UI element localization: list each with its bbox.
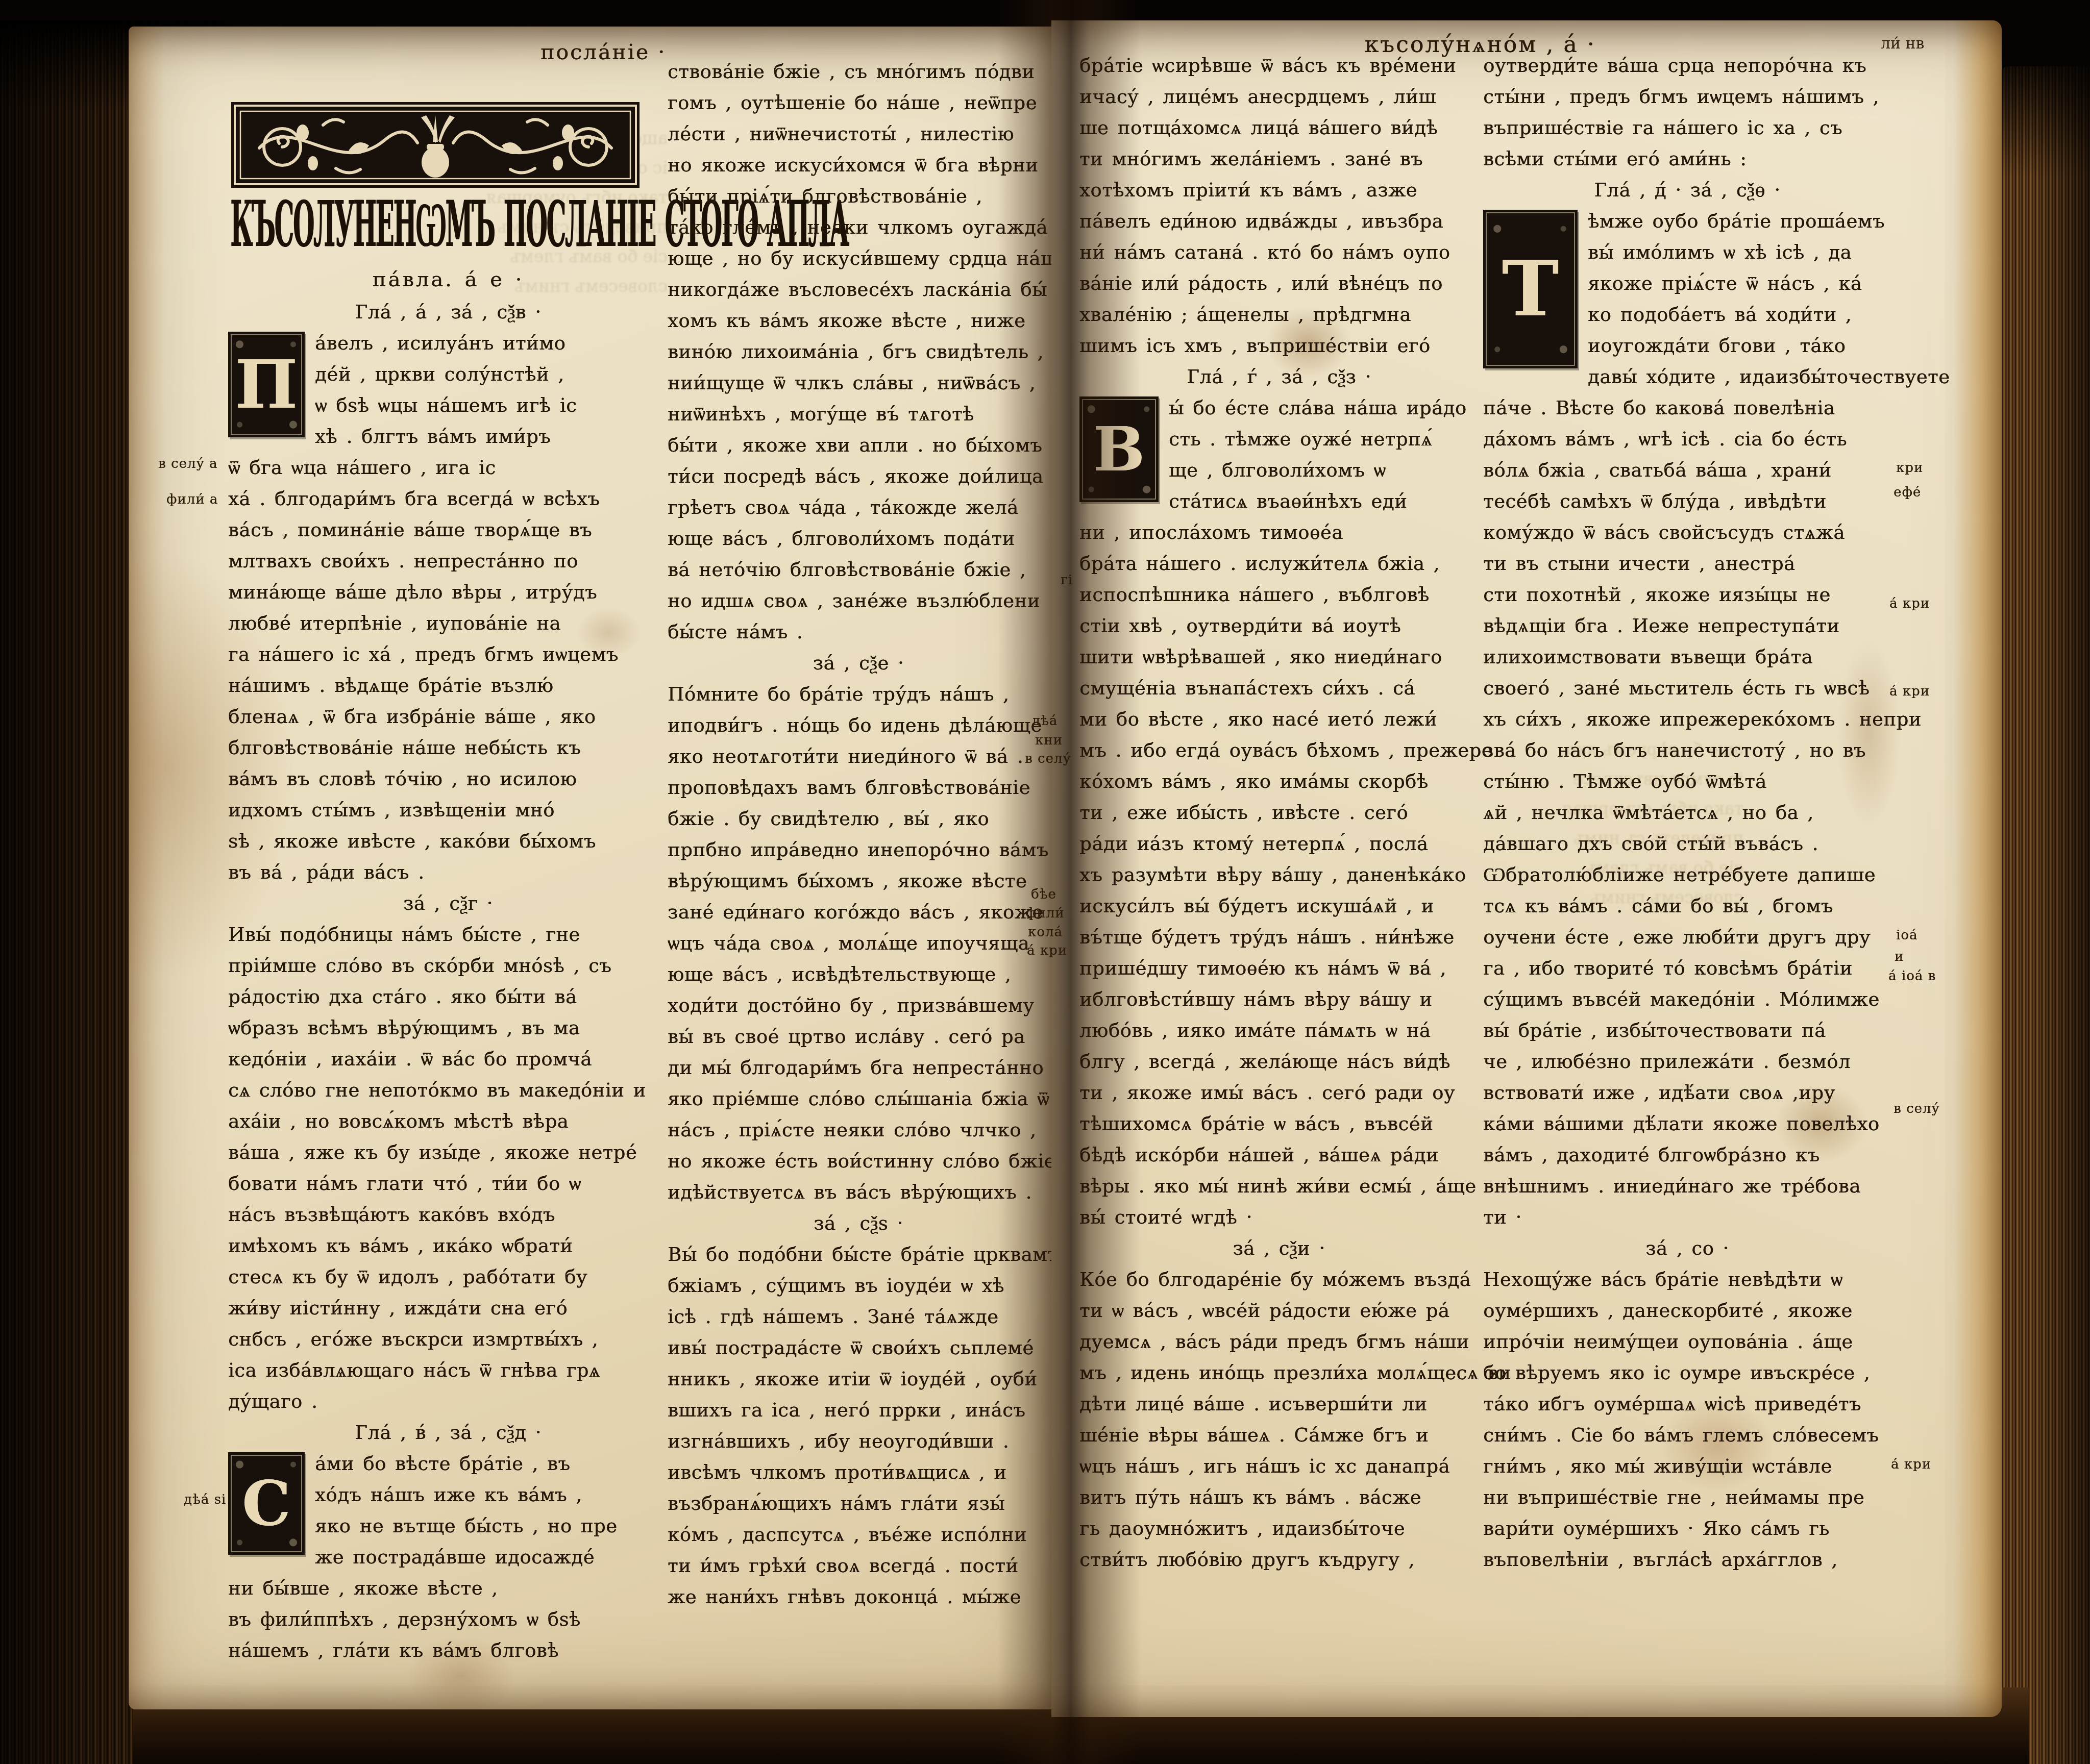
- text-line: ѿ бга ѡца на́шего , ига іс: [228, 452, 668, 483]
- text-line: стіи хвѣ , оутверди́ти ва́ иоутѣ: [1079, 610, 1479, 641]
- text-line: грѣетъ своѧ ча́да , та́кожде жела́: [668, 492, 1049, 523]
- open-book-photo: посла́ніе · аще бо вѣруемъ якоіс оумре и…: [0, 0, 2090, 1764]
- gutter-note: а́ кри: [1027, 943, 1067, 958]
- text-line: оуме́ршихъ , данескорбите́ , якоже: [1483, 1295, 1891, 1326]
- text-line: тсѧ къ ва́мъ . са́ми бо вы́ , бгомъ: [1483, 890, 1891, 922]
- text-line: мина́юще ва́ше дѣло вѣры , итру́дъ: [228, 577, 668, 608]
- text-line: витъ пу́ть на́шъ къ ва́мъ . ва́сже: [1079, 1482, 1479, 1513]
- text-line: аха́іи , но вовсѧ́комъ мѣстѣ вѣра: [228, 1106, 668, 1137]
- text-line: иподви́гъ . но́щь бо идень дѣла́юще ,: [668, 710, 1049, 741]
- text-line: въприше́ствіе га на́шего іс ха , съ: [1483, 112, 1891, 143]
- text-line: стесѧ къ бу ѿ идолъ , рабо́тати бу: [228, 1261, 668, 1293]
- section-heading: Гла́ , д́ · за́ , сѯѳ ·: [1483, 175, 1891, 206]
- text-line: бы́ти пріѧ́ти блговѣствова́ніе ,: [668, 181, 1049, 212]
- text-line: во́лѧ бжіа , сватьба́ ва́ша , храни́: [1483, 455, 1891, 486]
- text-line: хвале́нію ; а́щенелы , прѣдгмна: [1079, 299, 1479, 330]
- text-line: ипро́чіи неиму́щеи оупова́ніа . а́ще: [1483, 1326, 1891, 1357]
- text-line: ти въ стыни ичести , анестра́: [1483, 548, 1891, 579]
- text-line: хъ разумѣти вѣру ва́шу , даненѣка́ко: [1079, 859, 1479, 890]
- text-line: ва́ніе или́ ра́дость , или́ вѣне́цъ по: [1079, 268, 1479, 299]
- text-line: ва́съ , помина́ніе ва́ше творѧ́ще въ: [228, 514, 668, 545]
- text-line: стви́тъ любо́вію другъ къдругу ,: [1079, 1544, 1479, 1575]
- text-line: та́ко ибгъ оуме́ршаѧ ѡісѣ приведе́тъ: [1483, 1388, 1891, 1420]
- text-line: сты́ни , предъ бгмъ иѡцемъ на́шимъ ,: [1483, 81, 1891, 112]
- text-line: пріи́мше сло́во въ ско́рби мно́ѕѣ , съ: [228, 950, 668, 981]
- text-line: зане́ еди́наго кого́ждо ва́съ , якоже: [668, 897, 1049, 928]
- section-heading: за́ , сѯѕ ·: [668, 1208, 1049, 1239]
- drop-cap-initial: С: [228, 1452, 305, 1555]
- right-fore-edge: [1996, 66, 2090, 1764]
- headpiece-ornament: [231, 102, 640, 188]
- margin-note: а́ іоа́ в: [1888, 968, 1936, 984]
- text-line: ле́сти , ниѿнечистоты́ , нилестію: [668, 118, 1049, 150]
- text-line: любве́ итерпѣніе , иупова́ніе на: [228, 608, 668, 639]
- text-line: въповелѣніи , въгла́сѣ арха́гглов ,: [1483, 1544, 1891, 1575]
- text-line: ду́щаго .: [228, 1386, 668, 1417]
- right-column-c: бра́тіе ѡсирѣвше ѿ ва́съ къ вре́мениичас…: [1079, 50, 1479, 1575]
- text-line: ва́мъ въ словѣ то́чію , но исилою: [228, 763, 668, 794]
- text-line: кедо́ніи , иаха́іи . ѿ ва́с бо промча́: [228, 1044, 668, 1075]
- text-line: ісѣ . гдѣ на́шемъ . Зане́ та́ѧжде: [668, 1301, 1049, 1332]
- text-line: любо́вь , ияко има́те па́мѧть ѡ на́: [1079, 1015, 1479, 1046]
- text-line: мъ . ибо егда́ оува́съ бѣхомъ , прежере: [1079, 735, 1479, 766]
- text-line: юще ва́съ , блговоли́хомъ пода́ти: [668, 523, 1049, 554]
- section-heading: за́ , сѯг ·: [228, 888, 668, 919]
- margin-note: кри: [1896, 460, 1923, 476]
- text-line: на́шимъ . вѣдѧще бра́тіе възлю́: [228, 670, 668, 701]
- text-line: зва́ бо на́съ бгъ нанечистоту́ , но въ: [1483, 735, 1891, 766]
- text-line: никогда́же въсловесе́хъ ласка́ніа бы́: [668, 274, 1049, 305]
- text-line: въ фили́ппѣхъ , дерзну́хомъ ѡ бѕѣ: [228, 1604, 668, 1635]
- text-line: гни́мъ , яко мы́ живу́щіи ѡста́вле: [1483, 1451, 1891, 1482]
- text-line: внѣшнимъ . иниеди́наго же тре́бова: [1483, 1171, 1891, 1202]
- text-line: снбсъ , его́же въскрси измртвы́хъ ,: [228, 1324, 668, 1355]
- text-line: Ѡбратолю́бліиже нетре́буете дапише: [1483, 859, 1891, 890]
- text-line: ѡцъ ча́да своѧ , молѧ́ще ипоучяща: [668, 928, 1049, 959]
- text-line: ко́хомъ ва́мъ , яко има́мы скорбѣ: [1079, 766, 1479, 797]
- text-line: ко́мъ , даспсутсѧ , въе́же испо́лни: [668, 1519, 1049, 1550]
- text-line: ти ·: [1483, 1202, 1891, 1233]
- text-line: ти ѡ ва́съ , ѡвсе́й ра́дости ею́же ра́: [1079, 1295, 1479, 1326]
- text-line: ичасу́ , лице́мъ анесрдцемъ , ли́ш: [1079, 81, 1479, 112]
- text-line: оутверди́те ва́ша срца непоро́чна къ: [1483, 50, 1891, 81]
- text-line: ди мы́ блгодари́мъ бга непреста́нно ,: [668, 1052, 1049, 1083]
- text-line: вари́ти оуме́ршихъ · Яко са́мъ гь: [1483, 1513, 1891, 1544]
- right-column-d: оутверди́те ва́ша срца непоро́чна късты́…: [1483, 50, 1891, 1575]
- text-line: бра́тіе ѡсирѣвше ѿ ва́съ къ вре́мени: [1079, 50, 1479, 81]
- text-line: смуще́ніа вънапа́стехъ си́хъ . са́: [1079, 673, 1479, 704]
- text-line: своего́ , зане́ мьститель е́сть гь ѡвсѣ: [1483, 673, 1891, 704]
- text-line: идѣйствуетсѧ въ ва́съ вѣру́ющихъ .: [668, 1177, 1049, 1208]
- text-line: оучени е́сте , еже люби́ти другъ дру: [1483, 922, 1891, 953]
- text-line: въ ва́ , ра́ди ва́съ .: [228, 857, 668, 888]
- text-line: идхомъ сты́мъ , извѣщеніи мно́: [228, 794, 668, 826]
- gutter-note: фили́: [1026, 906, 1065, 921]
- text-line: ивы́ пострада́сте ѿ свои́хъ сьплеме́: [668, 1332, 1049, 1363]
- text-line: ра́ди иа́зъ ктому́ нетерпѧ́ , посла́: [1079, 828, 1479, 859]
- text-line: гь даоумно́житъ , идаизбы́точе: [1079, 1513, 1479, 1544]
- text-line: та́ко гле́мъ , неяки члкомъ оугажда́: [668, 212, 1049, 243]
- margin-note: фили́ а: [166, 492, 218, 507]
- text-line: бжіамъ , су́щимъ въ іоуде́и ѡ хѣ: [668, 1270, 1049, 1301]
- text-line: ѧй , нечлка ѿмѣта́етсѧ , но ба ,: [1483, 797, 1891, 828]
- margin-note: в селу́ а: [158, 456, 217, 471]
- text-line: на́съ , пріѧ́сте неяки сло́во члчко ,: [668, 1114, 1049, 1146]
- text-line: искуси́лъ вы́ бу́детъ искуша́ѧй , и: [1079, 890, 1479, 922]
- text-line: сни́мъ . Сіе бо ва́мъ глемъ сло́весемъ: [1483, 1420, 1891, 1451]
- section-heading: Гла́ , в́ , за́ , сѯд ·: [228, 1417, 668, 1448]
- margin-note: и: [1895, 949, 1904, 964]
- woodcut-headpiece-icon: [231, 102, 640, 188]
- left-page: посла́ніе · аще бо вѣруемъ якоіс оумре и…: [129, 27, 1051, 1709]
- text-line: изгна́вшихъ , ибу неоугоди́вши .: [668, 1426, 1049, 1457]
- right-page: късолу́нѧно́м , а́ · ли́ нв аще бо вѣруе…: [1051, 20, 2002, 1717]
- text-line: га , ибо творите́ то́ ковсѣмъ бра́тіи: [1483, 953, 1891, 984]
- text-line: ходи́ти досто́йно бу , призва́вшему: [668, 990, 1049, 1021]
- text-line: Ко́е бо блгодаре́ніе бу мо́жемъ възда́: [1079, 1264, 1479, 1295]
- gutter-note: гі: [1061, 573, 1073, 588]
- text-line: ѕѣ , якоже ивѣсте , како́ви бы́хомъ: [228, 826, 668, 857]
- text-line: ни въприше́ствіе гне , неи́мамы пре: [1483, 1482, 1891, 1513]
- text-line: бѣдѣ иско́рби на́шей , ва́шеѧ ра́ди: [1079, 1139, 1479, 1171]
- text-line: ми бо вѣсте , яко насе́ ието́ лежи́: [1079, 704, 1479, 735]
- text-line: ти и́мъ грѣхи́ своѧ всегда́ . пости́: [668, 1550, 1049, 1581]
- text-line: га на́шего іс ха́ , предъ бгмъ иѡцемъ: [228, 639, 668, 670]
- text-line: ти мно́гимъ жела́ніемъ . зане́ въ: [1079, 143, 1479, 175]
- drop-cap-initial: П: [228, 332, 305, 437]
- text-line: жи́ву иісти́нну , ижда́ти сна его́: [228, 1293, 668, 1324]
- text-line: дуемсѧ , ва́съ ра́ди предъ бгмъ на́ши: [1079, 1326, 1479, 1357]
- text-line: ва́мъ , даходите́ блгоѡбра́зно къ: [1483, 1139, 1891, 1171]
- text-line: же нани́хъ гнѣвъ доконца́ . мы́же: [668, 1581, 1049, 1612]
- text-line: прпбно ипра́ведно инепоро́чно ва́мъ: [668, 834, 1049, 865]
- text-line: іса изба́влѧющаго на́съ ѿ гнѣва грѧ: [228, 1355, 668, 1386]
- text-line: ивсѣмъ члкомъ проти́вѧщисѧ , и: [668, 1457, 1049, 1488]
- text-line: хомъ къ ва́мъ якоже вѣсте , ниже: [668, 305, 1049, 336]
- text-line: шити ѡвѣрѣвашей , яко ниеди́наго: [1079, 641, 1479, 673]
- text-line: бы́сте на́мъ .: [668, 616, 1049, 648]
- text-line: възбранѧ́ющихъ на́мъ гла́ти язы́: [668, 1488, 1049, 1519]
- margin-note: дѣа́ ѕі: [184, 1492, 226, 1507]
- text-line: Вы́ бо подо́бни бы́сте бра́тіе црквамъ: [668, 1239, 1049, 1270]
- text-line: на́съ възвѣща́ютъ како́въ вхо́дъ: [228, 1199, 668, 1230]
- text-line: вы́ стоите́ ѡгдѣ ·: [1079, 1202, 1479, 1233]
- margin-note: ефе́: [1894, 485, 1921, 500]
- text-line: шимъ ісъ хмъ , въприше́ствіи его́: [1079, 330, 1479, 361]
- text-line: ка́ми ва́шими дѣ́лати якоже повелѣхо: [1483, 1108, 1891, 1139]
- text-line: ѡбразъ всѣмъ вѣру́ющимъ , въ ма: [228, 1012, 668, 1044]
- text-line: сты́ню . Тѣмже оубо́ ѿмѣта́: [1483, 766, 1891, 797]
- section-heading: Гла́ , ѓ , за́ , сѯз ·: [1079, 361, 1479, 392]
- text-line: блговѣствова́ніе на́ше небы́сть къ: [228, 732, 668, 763]
- drop-cap-initial: Т: [1483, 210, 1578, 368]
- text-line: бжіе . бу свидѣтелю , вы́ , яко: [668, 803, 1049, 834]
- text-line: че , илюбе́зно прилежа́ти . безмо́л: [1483, 1046, 1891, 1077]
- text-line: Нехощу́же ва́съ бра́тіе невѣдѣти ѡ: [1483, 1264, 1891, 1295]
- section-heading: за́ , сѯи ·: [1079, 1233, 1479, 1264]
- text-line: тѣшихомсѧ бра́тіе ѡ ва́съ , въвсе́й: [1079, 1108, 1479, 1139]
- text-line: ше потща́хомсѧ лица́ ва́шего ви́дѣ: [1079, 112, 1479, 143]
- text-line: ти , якоже имы́ ва́съ . сего́ ради оу: [1079, 1077, 1479, 1108]
- left-column-b: ствова́ніе бжіе , съ мно́гимъ по́двигомъ…: [668, 56, 1049, 1612]
- margin-note: іоа́: [1896, 928, 1917, 943]
- text-line: бленаѧ , ѿ бга избра́ніе ва́ше , яко: [228, 701, 668, 732]
- text-line: хотѣхомъ пріити́ къ ва́мъ , азже: [1079, 175, 1479, 206]
- text-line: ни бы́вше , якоже вѣсте ,: [228, 1573, 668, 1604]
- text-line: дѣти лице́ ва́ше . исъверши́ти ли: [1079, 1388, 1479, 1420]
- gutter-note: кни: [1035, 733, 1063, 748]
- text-line: вы́ бра́тіе , избы́точествовати па́: [1483, 1015, 1891, 1046]
- text-line: вѣру́ющимъ бы́хомъ , якоже вѣсте: [668, 865, 1049, 897]
- text-line: но якоже искуси́хомся ѿ бга вѣрни: [668, 150, 1049, 181]
- column-a-lines: Гла́ , а́ , за́ , сѯв ·Па́велъ , исилуа́…: [228, 296, 668, 1666]
- text-line: хъ си́хъ , якоже ипрежереко́хомъ . непри: [1483, 704, 1891, 735]
- text-line: ва́ нето́чію блговѣствова́ніе бжіе ,: [668, 554, 1049, 585]
- left-column-a: КЪСОЛУНЕНѠМЪ ПОСЛАНІЕ СТОГО АПЛА па́вла.…: [228, 102, 668, 1666]
- text-line: нии́щуще ѿ члкъ сла́вы , ниѿва́съ ,: [668, 367, 1049, 399]
- text-line: вствовати́ иже , идѣ́ати своѧ ,иру: [1483, 1077, 1891, 1108]
- text-line: гомъ , оутѣшеніе бо на́ше , неѿпре: [668, 87, 1049, 118]
- text-line: вѣры . яко мы́ нинѣ жи́ви есмы́ , а́ще: [1079, 1171, 1479, 1202]
- text-line: ха́ . блгодари́мъ бга всегда́ ѡ всѣхъ: [228, 483, 668, 514]
- drop-cap-initial: В: [1079, 396, 1159, 502]
- gutter-note: в селу́: [1025, 751, 1071, 766]
- text-line: испоспѣшника на́шего , въблговѣ: [1079, 579, 1479, 610]
- text-line: ти , еже ибы́сть , ивѣсте . сего́: [1079, 797, 1479, 828]
- margin-note: а́ кри: [1889, 684, 1930, 699]
- text-line: бовати на́мъ глати что́ , ти́и бо ѡ: [228, 1168, 668, 1199]
- margin-note: в селу́: [1894, 1101, 1940, 1116]
- text-line: ни́ на́мъ сатана́ . кто́ бо на́мъ оупо: [1079, 237, 1479, 268]
- text-line: тесе́бѣ самѣхъ ѿ блу́да , ивѣдѣти: [1483, 486, 1891, 517]
- text-line: имѣхомъ къ ва́мъ , ика́ко ѡбрати́: [228, 1230, 668, 1261]
- gutter-note: бѣе: [1031, 887, 1056, 902]
- section-heading: за́ , со ·: [1483, 1233, 1891, 1264]
- text-line: но якоже е́сть вои́стинну сло́во бжіе ,: [668, 1146, 1049, 1177]
- text-line: илихоимствовати въвещи бра́та: [1483, 641, 1891, 673]
- text-line: кому́ждо ѿ ва́съ свойсъсудъ стѧжа́: [1483, 517, 1891, 548]
- gutter-note: кола́: [1028, 925, 1063, 940]
- text-line: су́щимъ въвсе́й македо́ніи . Мо́лимже: [1483, 984, 1891, 1015]
- text-line: въ́тще бу́детъ тру́дъ на́шъ . ни́нѣже: [1079, 922, 1479, 953]
- text-line: яко неотѧготи́ти ниеди́ного ѿ ва́ .: [668, 741, 1049, 772]
- text-line: вшихъ га іса , него́ пррки , ина́съ: [668, 1395, 1049, 1426]
- text-line: ва́ша , яже къ бу изы́де , якоже нетре́: [228, 1137, 668, 1168]
- text-line: ше́ніе вѣры ва́шеѧ . Са́мже бгъ и: [1079, 1420, 1479, 1451]
- text-line: юще ва́съ , исвѣдѣтельствующе ,: [668, 959, 1049, 990]
- text-line: да́хомъ ва́мъ , ѡгѣ ісѣ . сіа бо е́сть: [1483, 424, 1891, 455]
- text-line: сти похотнѣй , якоже иязы́цы не: [1483, 579, 1891, 610]
- section-heading: за́ , сѯе ·: [668, 648, 1049, 679]
- text-line: бы́ти , якоже хви апли . но бы́хомъ: [668, 430, 1049, 461]
- text-line: нникъ , якоже итіи ѿ іоуде́й , оуби́: [668, 1363, 1049, 1395]
- text-line: сѧ сло́во гне непото́кмо въ македо́ніи и: [228, 1075, 668, 1106]
- gutter-note: дѣа́: [1032, 713, 1058, 729]
- margin-note: а́ кри: [1889, 596, 1930, 611]
- text-line: прише́дшу тимоѳе́ю къ на́мъ ѿ ва́ ,: [1079, 953, 1479, 984]
- text-line: юще , но бу искуси́вшему срдца на́ша: [668, 243, 1049, 274]
- text-line: ниѿинѣхъ , могу́ще въ́ тѧготѣ: [668, 399, 1049, 430]
- text-line: вино́ю лихоима́ніа , бгъ свидѣтель ,: [668, 336, 1049, 367]
- text-line: По́мните бо бра́тіе тру́дъ на́шъ ,: [668, 679, 1049, 710]
- text-line: блгу , всегда́ , жела́юще на́съ ви́дѣ: [1079, 1046, 1479, 1077]
- text-line: проповѣдахъ вамъ блговѣствова́ніе: [668, 772, 1049, 803]
- text-line: вы́ въ свое́ цртво исла́ву . сего́ ра: [668, 1021, 1049, 1052]
- margin-note: а́ кри: [1891, 1457, 1931, 1472]
- text-line: ствова́ніе бжіе , съ мно́гимъ по́дви: [668, 56, 1049, 87]
- text-line: бо вѣруемъ яко іс оумре ивъскре́се ,: [1483, 1357, 1891, 1388]
- text-line: млтвахъ свои́хъ . непреста́нно по: [228, 545, 668, 577]
- text-line: Ивы́ подо́бницы на́мъ бы́сте , гне: [228, 919, 668, 950]
- text-line: па́велъ еди́ною идва́жды , ивъзбра: [1079, 206, 1479, 237]
- text-line: бра́та на́шего . ислужи́телѧ бжіа ,: [1079, 548, 1479, 579]
- vyaz-title: КЪСОЛУНЕНѠМЪ ПОСЛАНІЕ СТОГО АПЛА: [230, 195, 563, 320]
- text-line: иблговѣсти́вшу на́мъ вѣру ва́шу и: [1079, 984, 1479, 1015]
- text-line: па́че . Вѣсте бо какова́ повелѣніа: [1483, 392, 1891, 424]
- text-line: всѣми сты́ми его́ ами́нь :: [1483, 143, 1891, 175]
- text-line: но идшѧ своѧ , зане́же възлю́блени: [668, 585, 1049, 616]
- text-line: ра́достію дха ста́го . яко бы́ти ва́: [228, 981, 668, 1012]
- text-line: ни , ипосла́хомъ тимоѳе́а: [1079, 517, 1479, 548]
- text-line: вѣдѧщіи бга . Иеже непреступа́ти: [1483, 610, 1891, 641]
- text-line: яко пріе́мше сло́во слы́шаніа бжіа ѿ: [668, 1083, 1049, 1114]
- text-line: ѡцъ на́шъ , игь на́шъ іс хс данапра́: [1079, 1451, 1479, 1482]
- text-line: на́шемъ , гла́ти къ ва́мъ блговѣ: [228, 1635, 668, 1666]
- text-line: да́вшаго дхъ сво́й сты́й въва́съ .: [1483, 828, 1891, 859]
- text-line: ти́си посредѣ ва́съ , якоже дои́лица: [668, 461, 1049, 492]
- text-line: мъ , идень ино́щь презли́ха молѧ́щесѧ ви: [1079, 1357, 1479, 1388]
